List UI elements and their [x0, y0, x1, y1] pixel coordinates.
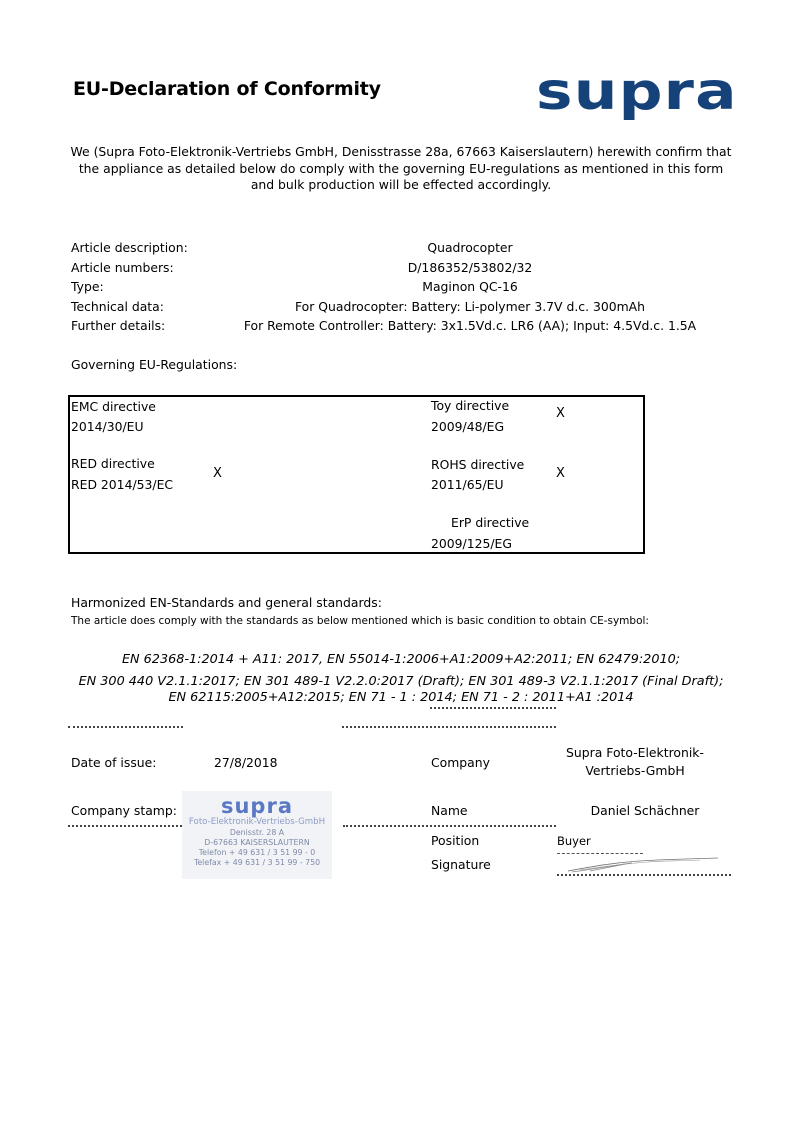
date-of-issue-label: Date of issue:: [71, 755, 156, 770]
position-underline: [557, 853, 643, 854]
dotted-divider: [68, 726, 183, 728]
emc-directive-code: 2014/30/EU: [71, 419, 144, 434]
standards-line-3: EN 62115:2005+A12:2015; EN 71 - 1 : 2014…: [40, 690, 762, 705]
standards-heading: Harmonized EN-Standards and general stan…: [71, 595, 382, 610]
red-directive-code: RED 2014/53/EC: [71, 477, 173, 492]
company-value-line-2: Vertriebs-GmbH: [560, 763, 710, 778]
erp-directive-name: ErP directive: [451, 515, 529, 530]
red-directive-name: RED directive: [71, 456, 155, 471]
supra-logo: supra: [536, 66, 738, 118]
position-value: Buyer: [557, 834, 591, 848]
standards-subheading: The article does comply with the standar…: [71, 615, 649, 627]
toy-directive-code: 2009/48/EG: [431, 419, 504, 434]
name-label: Name: [431, 803, 468, 818]
regulations-heading: Governing EU-Regulations:: [71, 357, 237, 372]
stamp-phone: Telefon + 49 631 / 3 51 99 - 0: [182, 848, 332, 858]
dotted-divider: [342, 726, 556, 728]
company-value-line-1: Supra Foto-Elektronik-: [560, 745, 710, 760]
article-description-value: Quadrocopter: [300, 240, 640, 255]
dotted-divider: [68, 825, 182, 827]
article-description-label: Article description:: [71, 240, 188, 255]
rohs-directive-checkmark: X: [556, 466, 565, 481]
rohs-directive-name: ROHS directive: [431, 457, 524, 472]
toy-directive-checkmark: X: [556, 406, 565, 421]
technical-data-label: Technical data:: [71, 299, 164, 314]
company-label: Company: [431, 755, 490, 770]
article-numbers-label: Article numbers:: [71, 260, 174, 275]
company-stamp-label: Company stamp:: [71, 803, 177, 818]
technical-data-value: For Quadrocopter: Battery: Li-polymer 3.…: [250, 299, 690, 314]
company-stamp: supra Foto-Elektronik-Vertriebs-GmbH Den…: [182, 791, 332, 879]
stamp-city: D-67663 KAISERSLAUTERN: [182, 838, 332, 848]
toy-directive-name: Toy directive: [431, 398, 509, 413]
stamp-street: Denisstr. 28 A: [182, 828, 332, 838]
position-label: Position: [431, 833, 479, 848]
further-details-label: Further details:: [71, 318, 165, 333]
standards-line-1: EN 62368-1:2014 + A11: 2017, EN 55014-1:…: [40, 652, 762, 667]
intro-paragraph: We (Supra Foto-Elektronik-Vertriebs GmbH…: [70, 144, 732, 194]
stamp-fax: Telefax + 49 631 / 3 51 99 - 750: [182, 858, 332, 868]
type-label: Type:: [71, 279, 104, 294]
signature-line: [557, 874, 731, 876]
dotted-divider: [430, 707, 556, 709]
erp-directive-code: 2009/125/EG: [431, 536, 512, 551]
signature-scribble: [560, 855, 720, 875]
emc-directive-name: EMC directive: [71, 399, 156, 414]
article-numbers-value: D/186352/53802/32: [300, 260, 640, 275]
stamp-logo: supra: [182, 795, 332, 817]
dotted-divider: [343, 825, 556, 827]
rohs-directive-code: 2011/65/EU: [431, 477, 504, 492]
page-title: EU-Declaration of Conformity: [73, 78, 381, 100]
red-directive-checkmark: X: [213, 466, 222, 481]
stamp-company: Foto-Elektronik-Vertriebs-GmbH: [182, 817, 332, 827]
type-value: Maginon QC-16: [300, 279, 640, 294]
name-value: Daniel Schächner: [575, 803, 715, 818]
signature-label: Signature: [431, 857, 491, 872]
standards-line-2: EN 300 440 V2.1.1:2017; EN 301 489-1 V2.…: [40, 674, 762, 689]
further-details-value: For Remote Controller: Battery: 3x1.5Vd.…: [230, 318, 710, 333]
date-of-issue-value: 27/8/2018: [214, 755, 278, 770]
